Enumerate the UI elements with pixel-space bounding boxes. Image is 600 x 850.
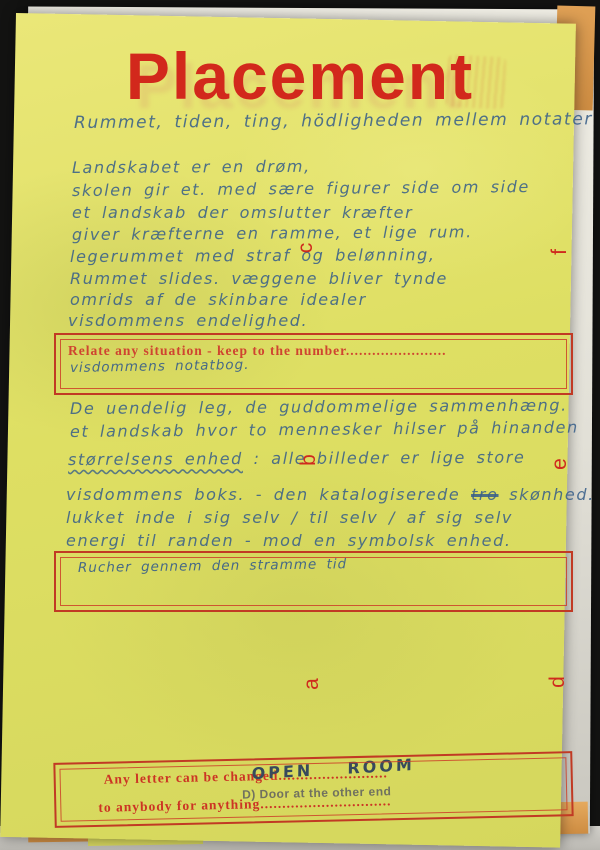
scanned-page-photo: Placement Placement Rummet, tiden, ting,…: [0, 0, 600, 850]
handwritten-line: et landskab hvor to mennesker hilser på …: [70, 418, 579, 441]
handwritten-line: legerummet med straf og belønning,: [70, 245, 436, 266]
printed-instruction-relate: Relate any situation - keep to the numbe…: [68, 343, 447, 359]
handwritten-line: energi til randen - mod en symbolsk enhe…: [66, 531, 512, 550]
margin-letter-c: c: [294, 236, 318, 260]
page-content: Placement Placement Rummet, tiden, ting,…: [0, 0, 600, 850]
handwritten-line: Rummet slides. væggene bliver tynde: [70, 269, 448, 288]
handwritten-note-box1: visdommens notatbog.: [70, 357, 250, 376]
handwritten-line: visdommens endelighed.: [68, 311, 308, 330]
size-line-rest: : alle billeder er lige store: [243, 448, 526, 468]
struck-word: tro: [471, 485, 498, 504]
handwritten-intro-line: Rummet, tiden, ting, hödligheden mellem …: [74, 109, 593, 133]
margin-letter-d: d: [546, 670, 570, 694]
handwritten-line: omrids af de skinbare idealer: [70, 290, 367, 309]
printed-instruction-to-anybody: to anybody for anything.................…: [98, 793, 391, 816]
margin-letter-a: a: [300, 672, 324, 696]
handwritten-text: visdommens boks. - den katalogiserede: [66, 485, 471, 504]
page-title: Placement: [0, 38, 600, 114]
printed-instruction-any-letter: Any letter can be changed...............…: [104, 765, 388, 787]
margin-letter-b: b: [297, 448, 321, 472]
handwritten-line: et landskab der omslutter kræfter: [72, 203, 413, 222]
handwritten-line: Landskabet er en drøm,: [72, 157, 311, 177]
margin-letter-e: e: [548, 452, 572, 476]
open-room-handwriting: OPEN ROOM: [252, 755, 415, 783]
handwritten-line: giver kræfterne en ramme, et lige rum.: [72, 222, 473, 244]
handwritten-line: lukket inde i sig selv / til selv / af s…: [66, 508, 513, 527]
door-stamp: D) Door at the other end: [242, 784, 392, 801]
handwritten-line: De uendelig leg, de guddommelige sammenh…: [70, 396, 568, 418]
underlined-phrase: størrelsens enhed: [68, 449, 243, 469]
margin-letter-f: f: [548, 240, 572, 264]
handwritten-text: skønhed.: [499, 485, 595, 504]
handwritten-line: skolen gir et. med sære figurer side om …: [72, 177, 530, 200]
handwritten-line: visdommens boks. - den katalogiserede tr…: [66, 485, 595, 504]
red-frame-3: Any letter can be changed...............…: [53, 751, 573, 828]
